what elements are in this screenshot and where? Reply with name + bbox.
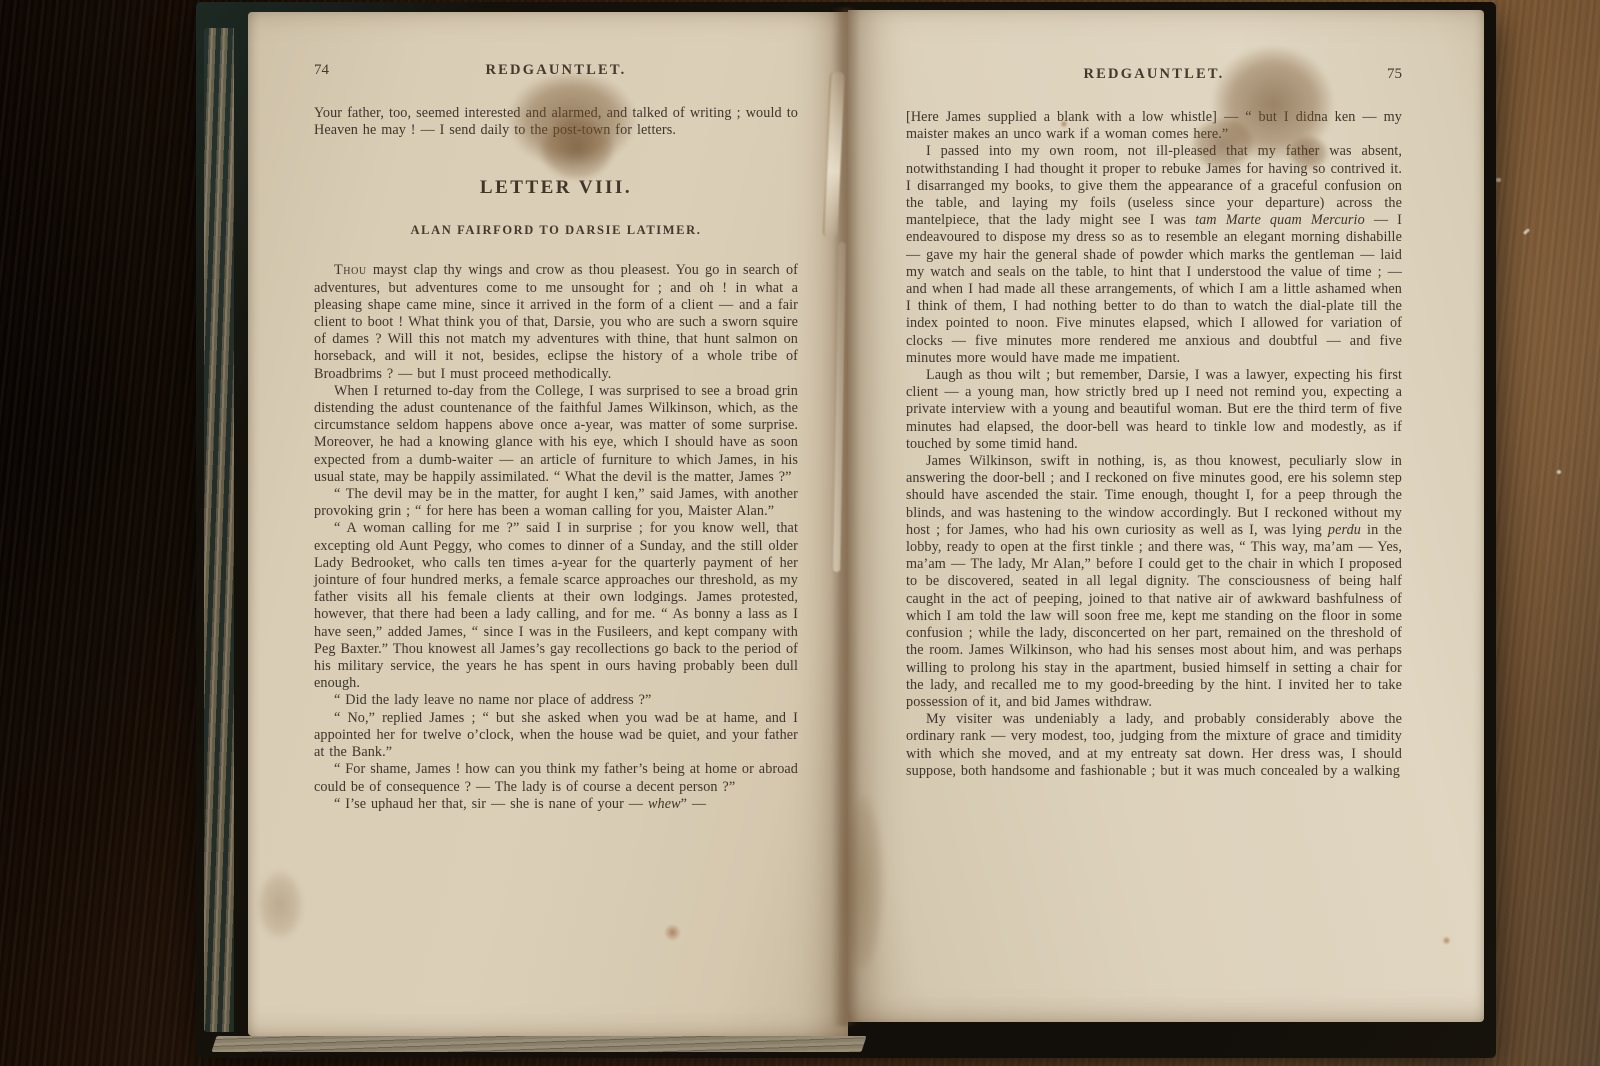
text-segment: “ The devil may be in the matter, for au…	[314, 486, 798, 519]
paragraph: “ I’se uphaud her that, sir — she is nan…	[314, 796, 798, 813]
text-segment: in the lobby, ready to open at the first…	[906, 522, 1402, 710]
page-number: 75	[1360, 66, 1402, 83]
text-segment: Your father, too, seemed interested and …	[314, 105, 798, 138]
text-segment: “ For shame, James ! how can you think m…	[314, 761, 798, 794]
wood-scratch	[1557, 470, 1561, 474]
text-segment: [Here James supplied a blank with a low …	[906, 109, 1402, 142]
text-segment: “ No,” replied James ; “ but she asked w…	[314, 710, 798, 760]
text-segment: mayst clap thy wings and crow as thou pl…	[314, 262, 798, 381]
page-edge-stack	[211, 1036, 866, 1052]
text-segment: Laugh as thou wilt ; but remember, Darsi…	[906, 367, 1402, 452]
paragraph: Your father, too, seemed interested and …	[314, 105, 798, 139]
letter-subheading: ALAN FAIRFORD TO DARSIE LATIMER.	[314, 223, 798, 238]
paragraph: Thou mayst clap thy wings and crow as th…	[314, 262, 798, 382]
paragraph: [Here James supplied a blank with a low …	[906, 109, 1402, 143]
text-segment: “ Did the lady leave no name nor place o…	[334, 692, 651, 708]
text-segment: Thou	[334, 262, 367, 278]
text-segment: My visiter was undeniably a lady, and pr…	[906, 711, 1402, 779]
paragraph: “ The devil may be in the matter, for au…	[314, 486, 798, 520]
text-segment: “ I’se uphaud her that, sir — she is nan…	[334, 796, 648, 812]
text-segment: whew	[648, 796, 681, 812]
text-segment: — I endeavoured to dispose my dress so a…	[906, 212, 1402, 366]
paragraph: “ No,” replied James ; “ but she asked w…	[314, 710, 798, 762]
book-photo: 74 REDGAUNTLET. Your father, too, seemed…	[196, 2, 1496, 1058]
paragraph: James Wilkinson, swift in nothing, is, a…	[906, 453, 1402, 711]
left-page-body: Thou mayst clap thy wings and crow as th…	[314, 262, 798, 813]
page-number: 74	[314, 62, 356, 79]
continuation-text: Your father, too, seemed interested and …	[314, 105, 798, 139]
right-page-body: [Here James supplied a blank with a low …	[906, 109, 1402, 780]
running-header: REDGAUNTLET.	[356, 62, 756, 79]
running-header: REDGAUNTLET.	[948, 66, 1360, 83]
paragraph: When I returned to-day from the College,…	[314, 383, 798, 486]
text-segment: When I returned to-day from the College,…	[314, 383, 798, 485]
wood-scratch	[1496, 178, 1501, 182]
paragraph: “ A woman calling for me ?” said I in su…	[314, 520, 798, 692]
paragraph: I passed into my own room, not ill-pleas…	[906, 143, 1402, 367]
text-segment: ” —	[681, 796, 707, 812]
paragraph: “ For shame, James ! how can you think m…	[314, 761, 798, 795]
paragraph: My visiter was undeniably a lady, and pr…	[906, 711, 1402, 780]
text-segment: “ A woman calling for me ?” said I in su…	[314, 520, 798, 691]
letter-heading: LETTER VIII.	[314, 177, 798, 199]
wood-scratch	[1523, 228, 1530, 235]
text-segment: tam Marte quam Mercurio	[1195, 212, 1365, 228]
text-segment: perdu	[1328, 522, 1361, 538]
page-edge-stack	[204, 28, 234, 1032]
left-page: 74 REDGAUNTLET. Your father, too, seemed…	[248, 12, 848, 1036]
right-page: REDGAUNTLET. 75 [Here James supplied a b…	[848, 10, 1484, 1022]
paragraph: “ Did the lady leave no name nor place o…	[314, 692, 798, 709]
paragraph: Laugh as thou wilt ; but remember, Darsi…	[906, 367, 1402, 453]
